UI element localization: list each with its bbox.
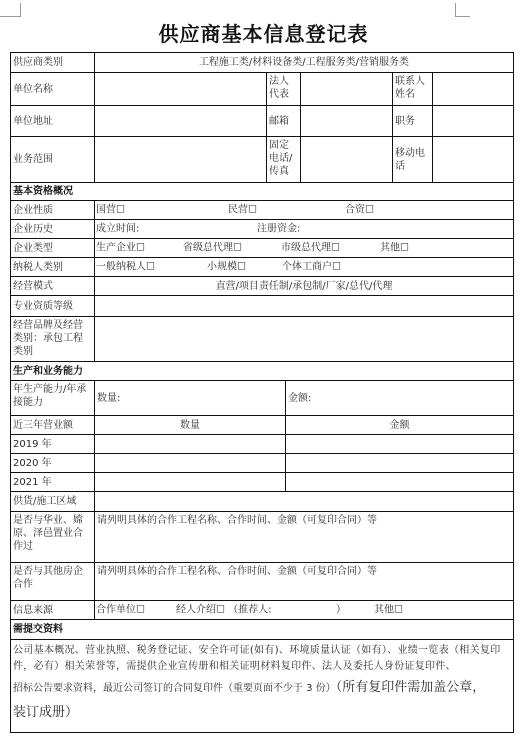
label-qualification-level: 专业资质等级 [10, 295, 95, 317]
checkbox-partner[interactable]: 合作单位☐ [96, 604, 145, 617]
enterprise-type-options: 生产企业☐ 省级总代理☐ 市级总代理☐ 其他☐ [94, 238, 514, 258]
unit-name-field[interactable] [94, 72, 267, 106]
label-enterprise-nature: 企业性质 [10, 200, 95, 220]
checkbox-provincial-agent[interactable]: 省级总代理☐ [183, 242, 242, 255]
label-taxpayer-type: 纳税人类别 [10, 257, 95, 277]
business-mode-options[interactable]: 直营/项目责任制/承包制/厂家/总代/代理 [94, 276, 514, 296]
label-year-2021: 2021 年 [10, 472, 95, 492]
phone-fax-field[interactable] [300, 136, 393, 183]
label-annual-capacity: 年生产能力/年承接能力 [10, 380, 95, 416]
label-enterprise-history: 企业历史 [10, 219, 95, 239]
checkbox-joint-venture[interactable]: 合资☐ [345, 204, 374, 217]
label-email: 邮箱 [266, 105, 301, 137]
annual-capacity-amount-field[interactable]: 金额: [285, 380, 514, 416]
label-year-2019: 2019 年 [10, 434, 95, 454]
position-field[interactable] [432, 105, 514, 137]
info-source-options: 合作单位☐ 经人介绍☐ （推荐人: ） 其他☐ [94, 600, 514, 620]
label-coop-other: 是否与其他房企合作 [10, 562, 95, 601]
label-three-year-revenue: 近三年营业额 [10, 415, 95, 435]
qty-2020-field[interactable] [94, 453, 286, 473]
email-field[interactable] [300, 105, 393, 137]
qty-2021-field[interactable] [94, 472, 286, 492]
unit-address-field[interactable] [94, 105, 267, 137]
label-registered-capital: 注册资金: [257, 223, 300, 236]
label-unit-address: 单位地址 [10, 105, 95, 137]
docs-line-2: 招标公告要求资料，最近公司签订的合同复印件（重要页面不少于 3 份）（所有复印件… [13, 679, 511, 698]
page-corner-mark-left [0, 3, 21, 17]
amount-2020-field[interactable] [285, 453, 514, 473]
label-business-scope: 业务范围 [10, 136, 95, 183]
section-required-documents: 需提交资料 [10, 619, 514, 640]
supplier-registration-table: 供应商类别 工程施工类/材料设备类/工程服务类/营销服务类 单位名称 法人代表 … [11, 53, 515, 734]
section-capacity: 生产和业务能力 [10, 361, 514, 381]
docs-line-1: 公司基本概况、营业执照、税务登记证、安全许可证(如有)、环境质量认证（如有）、业… [13, 643, 511, 675]
checkbox-small-scale[interactable]: 小规模☐ [207, 261, 246, 274]
checkbox-private[interactable]: 民营☐ [228, 204, 257, 217]
label-position: 职务 [392, 105, 433, 137]
checkbox-city-agent[interactable]: 市级总代理☐ [281, 242, 340, 255]
label-supplier-type: 供应商类别 [10, 52, 95, 73]
docs-line-2-text: 招标公告要求资料，最近公司签订的合同复印件（重要页面不少于 3 份） [13, 683, 336, 694]
qualification-level-field[interactable] [94, 295, 514, 317]
label-supply-region: 供货/施工区域 [10, 491, 95, 512]
supply-region-field[interactable] [94, 491, 514, 512]
checkbox-other-type[interactable]: 其他☐ [380, 242, 409, 255]
required-documents-text: 公司基本概况、营业执照、税务登记证、安全许可证(如有)、环境质量认证（如有）、业… [10, 639, 514, 733]
label-established-date: 成立时间: [96, 223, 139, 236]
section-basic-qualification: 基本资格概况 [10, 182, 514, 201]
label-brand-category: 经营品牌及经营类别：承包工程类别 [10, 316, 95, 362]
header-quantity: 数量 [94, 415, 286, 435]
legal-rep-field[interactable] [300, 72, 393, 106]
label-unit-name: 单位名称 [10, 72, 95, 106]
checkbox-referral[interactable]: 经人介绍☐ （推荐人: [176, 604, 272, 617]
amount-2019-field[interactable] [285, 434, 514, 454]
label-year-2020: 2020 年 [10, 453, 95, 473]
header-amount: 金额 [285, 415, 514, 435]
label-enterprise-type: 企业类型 [10, 238, 95, 258]
checkbox-state-owned[interactable]: 国营☐ [96, 204, 125, 217]
docs-line-3: 装订成册） [13, 704, 511, 722]
checkbox-general-taxpayer[interactable]: 一般纳税人☐ [96, 261, 155, 274]
taxpayer-type-options: 一般纳税人☐ 小规模☐ 个体工商户☐ [94, 257, 514, 277]
coop-other-field[interactable]: 请列明具体的合作工程名称、合作时间、金额（可复印合同）等 [94, 562, 514, 601]
label-contact-name: 联系人姓名 [392, 72, 433, 106]
supplier-type-options[interactable]: 工程施工类/材料设备类/工程服务类/营销服务类 [94, 52, 514, 73]
referrer-close-paren: ） [336, 604, 346, 617]
form-title: 供应商基本信息登记表 [0, 18, 527, 47]
label-mobile: 移动电话 [392, 136, 433, 183]
brand-category-field[interactable] [94, 316, 514, 362]
coop-huaye-field[interactable]: 请列明具体的合作工程名称、合作时间、金额（可复印合同）等 [94, 511, 514, 563]
business-scope-field[interactable] [94, 136, 267, 183]
label-info-source: 信息来源 [10, 600, 95, 620]
label-phone-fax: 固定电话/传真 [266, 136, 301, 183]
qty-2019-field[interactable] [94, 434, 286, 454]
label-coop-huaye: 是否与华业、嫦原、泽邑置业合作过 [10, 511, 95, 563]
page-corner-mark-right [455, 3, 470, 17]
docs-line-2-emphasis: （所有复印件需加盖公章， [336, 680, 486, 695]
annual-capacity-qty-field[interactable]: 数量: [94, 380, 286, 416]
amount-2021-field[interactable] [285, 472, 514, 492]
checkbox-other-source[interactable]: 其他☐ [374, 604, 403, 617]
label-legal-rep: 法人代表 [266, 72, 301, 106]
checkbox-manufacturer[interactable]: 生产企业☐ [96, 242, 145, 255]
enterprise-nature-options: 国营☐ 民营☐ 合资☐ [94, 200, 514, 220]
enterprise-history-fields[interactable]: 成立时间: 注册资金: [94, 219, 514, 239]
checkbox-individual-business[interactable]: 个体工商户☐ [282, 261, 341, 274]
label-business-mode: 经营模式 [10, 276, 95, 296]
mobile-field[interactable] [432, 136, 514, 183]
contact-name-field[interactable] [432, 72, 514, 106]
